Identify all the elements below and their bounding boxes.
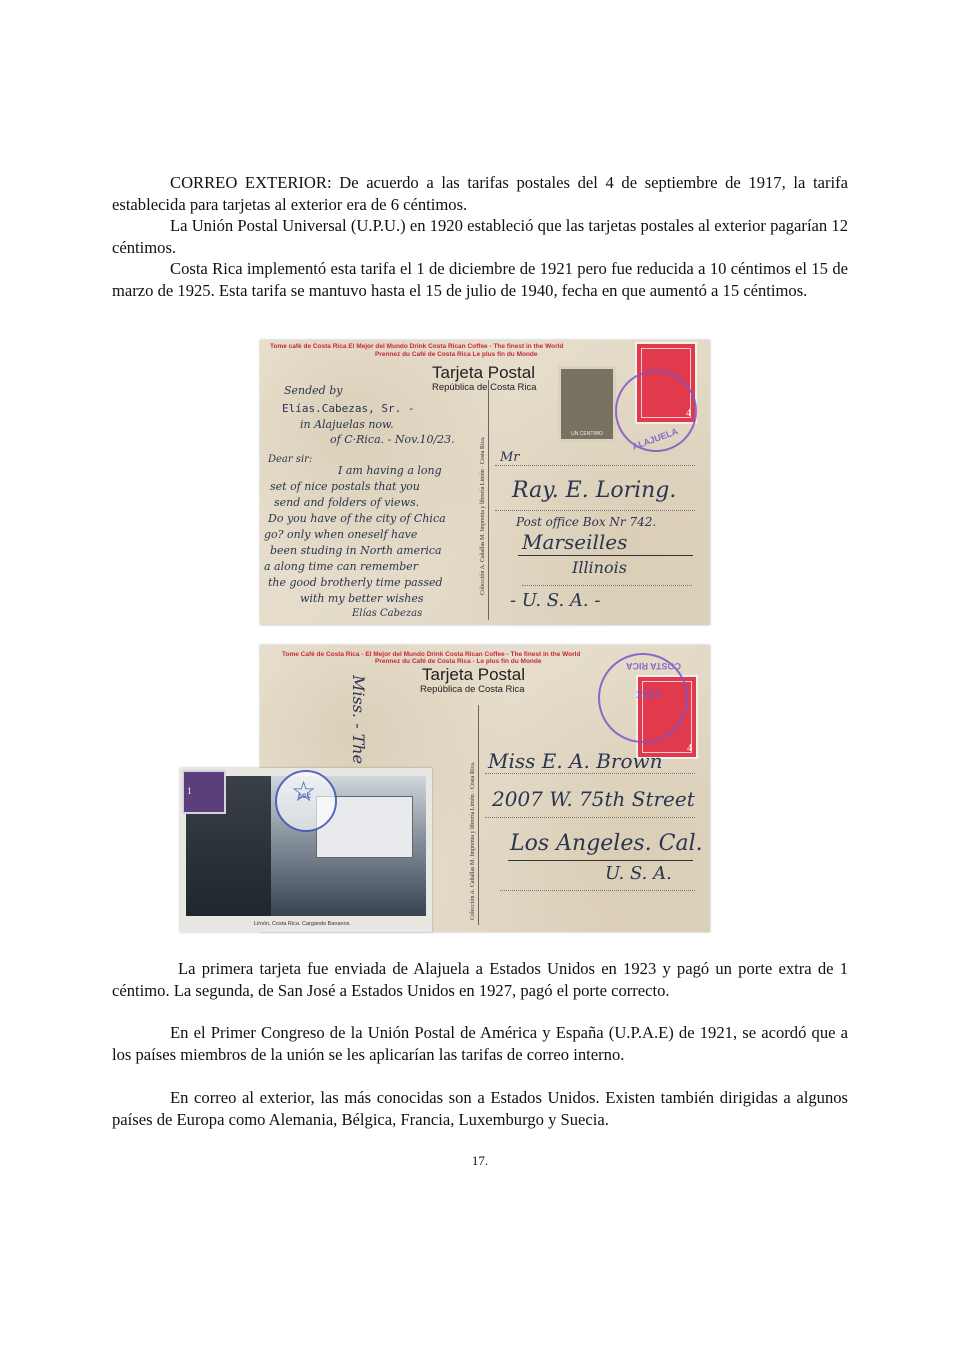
card-title: Tarjeta Postal xyxy=(422,665,525,685)
body-paragraph-2: En el Primer Congreso de la Unión Postal… xyxy=(112,1022,848,1065)
ad-line-1: Tome Café de Costa Rica - El Mejor del M… xyxy=(282,651,580,658)
recipient-name: Miss E. A. Brown xyxy=(488,749,663,773)
postmark-star: ☆ SGC xyxy=(275,770,337,832)
postmark-costa-rica: COSTA RICA 1927 xyxy=(598,653,688,743)
ad-line-1: Tome café de Costa Rica El Mejor del Mun… xyxy=(270,343,563,350)
photo-postcard-limon: 1 ☆ SGC Limón, Costa Rica. Cargando Bana… xyxy=(180,768,432,932)
printer-imprint: Colección A. Cañallas M. Imprenta y libr… xyxy=(470,700,476,920)
body-paragraph-1: La primera tarjeta fue enviada de Alajue… xyxy=(112,958,848,1001)
ad-line-2: Prennez du Café de Costa Rica - Le plus … xyxy=(375,658,542,665)
divider-line xyxy=(488,380,489,620)
star-icon: ☆ xyxy=(291,779,316,807)
body-paragraph-3: En correo al exterior, las más conocidas… xyxy=(112,1087,848,1130)
ad-line-2: Prennez du Café de Costa Rica Le plus fi… xyxy=(375,351,538,358)
printer-imprint: Colección A. Cañallas M. Imprenta y libr… xyxy=(480,365,486,595)
intro-paragraph-2: La Unión Postal Universal (U.P.U.) en 19… xyxy=(112,215,848,258)
intro-paragraph-1: CORREO EXTERIOR: De acuerdo a las tarifa… xyxy=(112,172,848,215)
postmark-alajuela: ALAJUELA xyxy=(615,370,697,452)
stamp-1-centimo: UN CENTIMO xyxy=(558,366,616,442)
intro-paragraph-3: Costa Rica implementó esta tarifa el 1 d… xyxy=(112,258,848,301)
divider-line xyxy=(478,705,479,925)
postcard-1923: Tome café de Costa Rica El Mejor del Mun… xyxy=(260,340,710,625)
recipient-name: Ray. E. Loring. xyxy=(512,478,676,503)
page-number: 17. xyxy=(0,1153,960,1169)
stamp-1-purple: 1 xyxy=(182,770,226,814)
photo-caption: Limón, Costa Rica. Cargando Bananos. xyxy=(254,921,351,927)
card-subtitle: República de Costa Rica xyxy=(420,684,525,695)
